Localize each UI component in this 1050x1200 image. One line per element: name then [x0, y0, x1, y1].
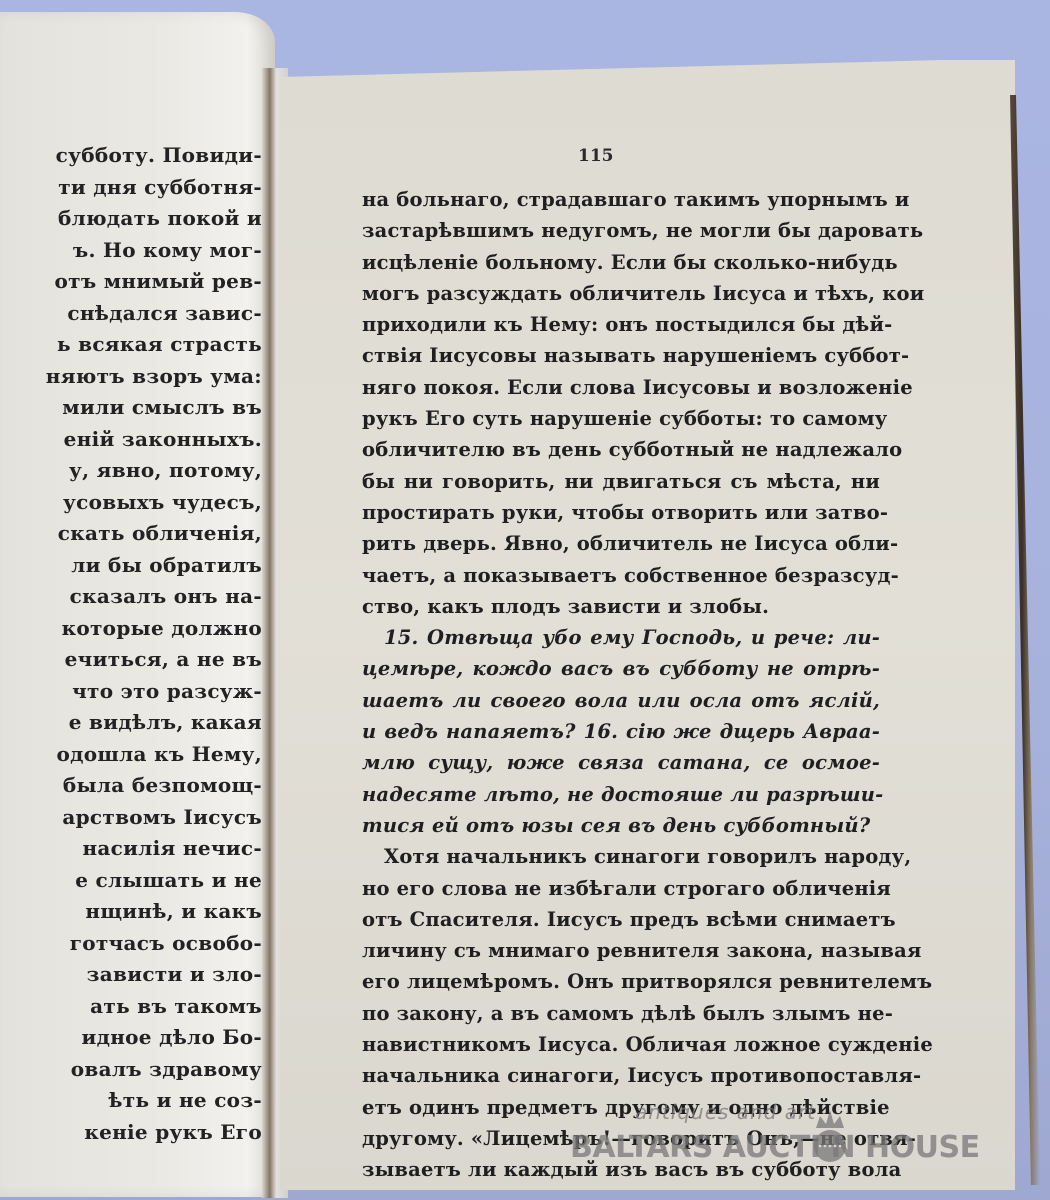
text-line: няютъ взоръ ума: — [0, 361, 262, 393]
text-line: ство, какъ плодъ зависти и злобы. — [362, 591, 880, 622]
scripture-quote-line: цемѣре, кождо васъ въ субботу не отрѣ- — [362, 653, 880, 684]
watermark-title: BALTARS AUCTI N HOUSE — [570, 1130, 980, 1165]
text-line: навистникомъ Іисуса. Обличая ложное сужд… — [362, 1029, 880, 1060]
text-line: снѣдался завис- — [0, 298, 262, 330]
watermark-subtitle: antiques and art — [635, 1100, 816, 1124]
text-line: личину съ мнимаго ревнителя закона, назы… — [362, 935, 880, 966]
text-line: отъ Спасителя. Іисусъ предъ всѣми снимае… — [362, 904, 880, 935]
text-line: скать обличенія, — [0, 518, 262, 550]
text-line: одошла къ Нему, — [0, 739, 262, 771]
text-line: простирать руки, чтобы отворить или затв… — [362, 497, 880, 528]
text-line: арствомъ Іисусъ — [0, 802, 262, 834]
text-line: рукъ Его суть нарушеніе субботы: то само… — [362, 403, 880, 434]
text-line: овалъ здравому — [0, 1054, 262, 1086]
text-line: исцѣленіе больному. Если бы сколько-нибу… — [362, 247, 880, 278]
text-line: отъ мнимый рев- — [0, 266, 262, 298]
text-line: блюдать покой и — [0, 203, 262, 235]
text-line: чаетъ, а показываетъ собственное безразс… — [362, 560, 880, 591]
text-line: приходили къ Нему: онъ постыдился бы дѣй… — [362, 309, 880, 340]
scripture-quote-line: шаетъ ли своего вола или осла отъ яслій, — [362, 685, 880, 716]
text-line: усовыхъ чудесъ, — [0, 487, 262, 519]
text-line: нщинѣ, и какъ — [0, 896, 262, 928]
text-line: насилія нечис- — [0, 833, 262, 865]
page-number: 115 — [578, 146, 614, 166]
scripture-quote-line: надесяте лѣто, не достояше ли разрѣши- — [362, 779, 880, 810]
text-line: готчасъ освобо- — [0, 928, 262, 960]
left-page-text: субботу. Повиди- ти дня субботня- блюдат… — [0, 140, 262, 1148]
text-line: е слышать и не — [0, 865, 262, 897]
text-line: могъ разсуждать обличитель Іисуса и тѣхъ… — [362, 278, 880, 309]
text-line: бы ни говорить, ни двигаться съ мѣста, н… — [362, 466, 880, 497]
text-line: была безпомощ- — [0, 770, 262, 802]
text-line: ать въ такомъ — [0, 991, 262, 1023]
scripture-quote-line: 15. Отвѣща убо ему Господь, и рече: ли- — [362, 622, 880, 653]
text-line: его лицемѣромъ. Онъ притворялся ревнител… — [362, 966, 880, 997]
text-line: ъ. Но кому мог- — [0, 235, 262, 267]
text-line: обличителю въ день субботный не надлежал… — [362, 434, 880, 465]
text-line: но его слова не избѣгали строгаго обличе… — [362, 873, 880, 904]
text-line: у, явно, потому, — [0, 455, 262, 487]
text-line: ѣть и не соз- — [0, 1085, 262, 1117]
scripture-quote-line: тися ей отъ юзы сея въ день субботный? — [362, 810, 880, 841]
auction-house-watermark: antiques and art BALTARS AUCTI N HOUSE — [570, 1098, 990, 1178]
text-line: по закону, а въ самомъ дѣлѣ былъ злымъ н… — [362, 998, 880, 1029]
text-line: зависти и зло- — [0, 959, 262, 991]
text-line: рить дверь. Явно, обличитель не Іисуса о… — [362, 528, 880, 559]
text-line: ти дня субботня- — [0, 172, 262, 204]
text-line: еній законныхъ. — [0, 424, 262, 456]
right-page-text: на больнаго, страдавшаго такимъ упорнымъ… — [362, 184, 880, 1186]
text-line: идное дѣло Бо- — [0, 1022, 262, 1054]
text-line: е видѣлъ, какая — [0, 707, 262, 739]
text-line: мили смыслъ въ — [0, 392, 262, 424]
text-line: Хотя начальникъ синагоги говорилъ народу… — [362, 841, 880, 872]
text-line: субботу. Повиди- — [0, 140, 262, 172]
text-line: сказалъ онъ на- — [0, 581, 262, 613]
text-line: кеніе рукъ Его — [0, 1117, 262, 1149]
text-line: что это разсуж- — [0, 676, 262, 708]
text-line: застарѣвшимъ недугомъ, не могли бы даров… — [362, 215, 880, 246]
text-line: ь всякая страсть — [0, 329, 262, 361]
text-line: ечиться, а не въ — [0, 644, 262, 676]
crown-orb-icon — [810, 1108, 850, 1166]
text-line: ствія Іисусовы называть нарушеніемъ субб… — [362, 340, 880, 371]
text-line: начальника синагоги, Іисусъ противопоста… — [362, 1060, 880, 1091]
text-line: которые должно — [0, 613, 262, 645]
scripture-quote-line: млю сущу, юже связа сатана, се осмое- — [362, 747, 880, 778]
text-line: няго покоя. Если слова Іисусовы и возлож… — [362, 372, 880, 403]
scripture-quote-line: и ведъ напаяетъ? 16. сію же дщерь Авраа- — [362, 716, 880, 747]
text-line: ли бы обратилъ — [0, 550, 262, 582]
text-line: на больнаго, страдавшаго такимъ упорнымъ… — [362, 184, 880, 215]
